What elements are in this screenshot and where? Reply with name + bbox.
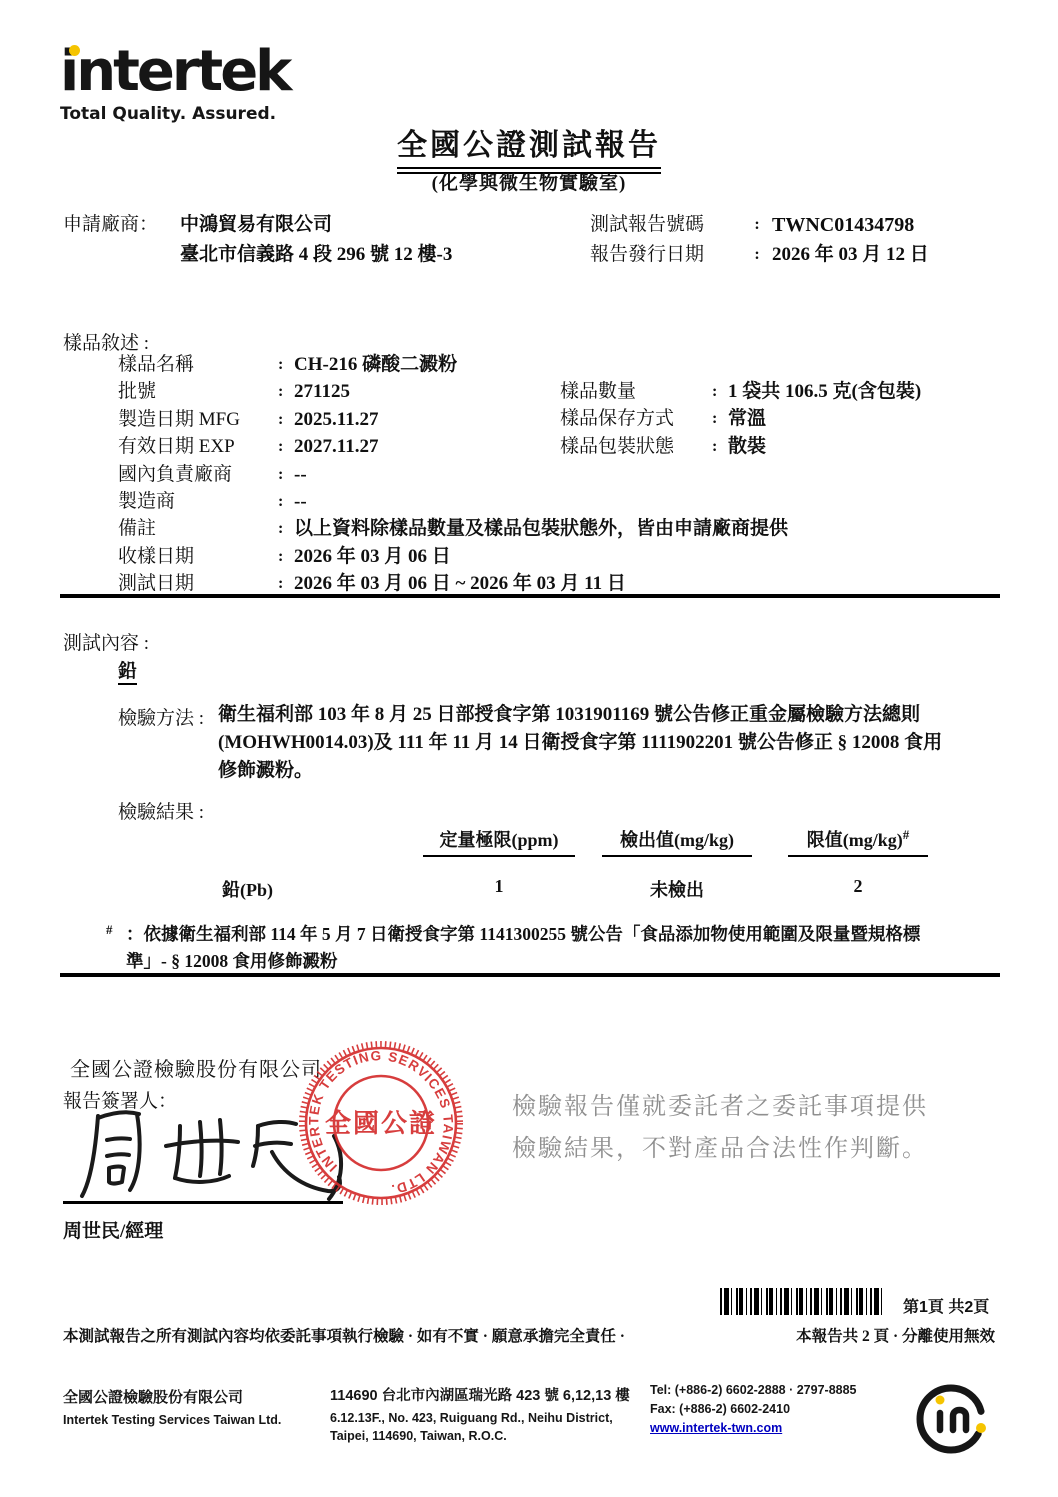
field-label: 樣品數量 (560, 378, 712, 405)
report-no-label: 測試報告號碼 (590, 210, 742, 240)
field-value: CH-216 磷酸二澱粉 (294, 351, 457, 378)
website-link[interactable]: www.intertek-twn.com (650, 1421, 782, 1435)
stamp-center-text: 全國公證 (325, 1108, 437, 1138)
bottom-disclaimer-right: 本報告共 2 頁 · 分離使用無效 (796, 1324, 995, 1346)
signer-name-title: 周世民/經理 (63, 1216, 163, 1243)
footer-contact-block: Tel: (+886-2) 6602-2888 · 2797-8885 Fax:… (650, 1381, 857, 1437)
row-detected: 未檢出 (602, 876, 752, 902)
footer-fax: Fax: (+886-2) 6602-2410 (650, 1400, 857, 1419)
footer-company-block: 全國公證檢驗股份有限公司 Intertek Testing Services T… (63, 1386, 281, 1427)
field-row: 樣品數量:1 袋共 106.5 克(含包裝) (560, 378, 921, 405)
field-value: 散裝 (728, 433, 766, 460)
report-page: intertek Total Quality. Assured. 全國公證測試報… (0, 0, 1058, 1497)
intertek-wordmark: intertek (60, 44, 289, 100)
page-indicator: 第1頁 共2頁 (903, 1294, 989, 1317)
mark-dot-right-icon (976, 1423, 986, 1433)
report-meta-block: 測試報告號碼 : TWNC01434798 報告發行日期 : 2026 年 03… (590, 210, 929, 270)
field-label: 國內負責廠商 (118, 461, 278, 488)
col-header-detected: 檢出值(mg/kg) (602, 826, 752, 857)
intertek-logo: intertek Total Quality. Assured. (60, 44, 289, 124)
bottom-disclaimer-row: 本測試報告之所有測試內容均依委託事項執行檢驗 · 如有不實 · 願意承擔完全責任… (63, 1324, 995, 1346)
field-label: 批號 (118, 378, 278, 405)
footer-address-zh: 114690 台北市內湖區瑞光路 423 號 6,12,13 樓 (330, 1384, 630, 1405)
result-disclaimer-line1: 檢驗報告僅就委託者之委託事項提供 (512, 1086, 928, 1128)
issue-date-colon: : (742, 240, 772, 270)
field-value: 2027.11.27 (294, 433, 378, 460)
issue-date-label: 報告發行日期 (590, 240, 742, 270)
field-row: 製造商:-- (118, 488, 788, 515)
mark-dot-top-icon (936, 1396, 945, 1405)
field-label: 樣品保存方式 (560, 405, 712, 432)
field-value: -- (294, 488, 307, 515)
issue-date-value: 2026 年 03 月 12 日 (772, 240, 929, 270)
applicant-address: 臺北市信義路 4 段 296 號 12 樓-3 (180, 240, 452, 270)
company-stamp-icon: INTERTEK TESTING SERVICES TAIWAN LTD. 全國… (296, 1038, 466, 1208)
field-label: 備註 (118, 515, 278, 542)
footer-address-en: 6.12.13F., No. 423, Ruiguang Rd., Neihu … (330, 1409, 630, 1445)
footnote-marker: # (106, 922, 113, 938)
field-label: 樣品名稱 (118, 351, 278, 378)
field-row: 國內負責廠商:-- (118, 461, 788, 488)
field-row: 樣品名稱:CH-216 磷酸二澱粉 (118, 351, 788, 378)
report-subtitle: (化學與微生物實驗室) (432, 173, 627, 194)
title-wrap: 全國公證測試報告 (0, 120, 1058, 164)
barcode (720, 1288, 883, 1315)
logo-yellow-dot-icon (69, 45, 80, 56)
signer-company: 全國公證檢驗股份有限公司 (70, 1053, 322, 1082)
field-value: 1 袋共 106.5 克(含包裝) (728, 378, 921, 405)
sample-right-fields: 樣品數量:1 袋共 106.5 克(含包裝) 樣品保存方式:常溫 樣品包裝狀態:… (560, 378, 921, 460)
field-value: 以上資料除樣品數量及樣品包裝狀態外，皆由申請廠商提供 (294, 515, 788, 542)
divider-rule (60, 973, 1000, 977)
field-value: 271125 (294, 378, 350, 405)
row-item: 鉛(Pb) (222, 876, 312, 902)
field-value: 常溫 (728, 405, 766, 432)
row-limit: 2 (788, 876, 928, 897)
field-row: 樣品保存方式:常溫 (560, 405, 921, 432)
divider-rule (60, 594, 1000, 598)
field-label: 製造商 (118, 488, 278, 515)
limit-superscript: # (903, 827, 910, 842)
row-loq: 1 (423, 876, 575, 897)
test-item: 鉛 (118, 661, 137, 685)
result-disclaimer-line2: 檢驗結果，不對產品合法性作判斷。 (512, 1128, 928, 1170)
col-header-loq: 定量極限(ppm) (423, 826, 575, 857)
field-label: 製造日期 MFG (118, 406, 278, 433)
field-value: 2026 年 03 月 06 日 (294, 543, 451, 570)
bottom-disclaimer-left: 本測試報告之所有測試內容均依委託事項執行檢驗 · 如有不實 · 願意承擔完全責任… (63, 1324, 625, 1346)
subtitle-wrap: (化學與微生物實驗室) (0, 168, 1058, 195)
field-row: 收樣日期:2026 年 03 月 06 日 (118, 543, 788, 570)
result-disclaimer: 檢驗報告僅就委託者之委託事項提供 檢驗結果，不對產品合法性作判斷。 (512, 1086, 928, 1170)
report-no-colon: : (742, 210, 772, 240)
footer-address-block: 114690 台北市內湖區瑞光路 423 號 6,12,13 樓 6.12.13… (330, 1384, 630, 1445)
field-label: 收樣日期 (118, 543, 278, 570)
method-text: 衛生福利部 103 年 8 月 25 日部授食字第 1031901169 號公告… (218, 701, 960, 785)
field-row: 樣品包裝狀態:散裝 (560, 433, 921, 460)
test-content-label: 測試內容 : (63, 628, 149, 655)
field-label: 樣品包裝狀態 (560, 433, 712, 460)
applicant-label: 申請廠商： (63, 210, 180, 240)
footer-company-en: Intertek Testing Services Taiwan Ltd. (63, 1413, 281, 1427)
field-label: 有效日期 EXP (118, 433, 278, 460)
intertek-mark-icon (910, 1378, 992, 1460)
result-label: 檢驗結果 : (118, 797, 204, 824)
field-value: -- (294, 461, 307, 488)
col-header-limit: 限值(mg/kg)# (788, 826, 928, 857)
applicant-block: 申請廠商： 中鴻貿易有限公司 臺北市信義路 4 段 296 號 12 樓-3 (63, 210, 452, 270)
method-label: 檢驗方法 : (118, 703, 204, 730)
field-value: 2025.11.27 (294, 406, 378, 433)
field-row: 備註:以上資料除樣品數量及樣品包裝狀態外，皆由申請廠商提供 (118, 515, 788, 542)
footnote-text: ：依據衛生福利部 114 年 5 月 7 日衛授食字第 1141300255 號… (126, 921, 954, 975)
report-no-value: TWNC01434798 (772, 210, 914, 240)
footer-company-zh: 全國公證檢驗股份有限公司 (63, 1386, 281, 1407)
footer-tel: Tel: (+886-2) 6602-2888 · 2797-8885 (650, 1381, 857, 1400)
applicant-name: 中鴻貿易有限公司 (180, 210, 332, 240)
